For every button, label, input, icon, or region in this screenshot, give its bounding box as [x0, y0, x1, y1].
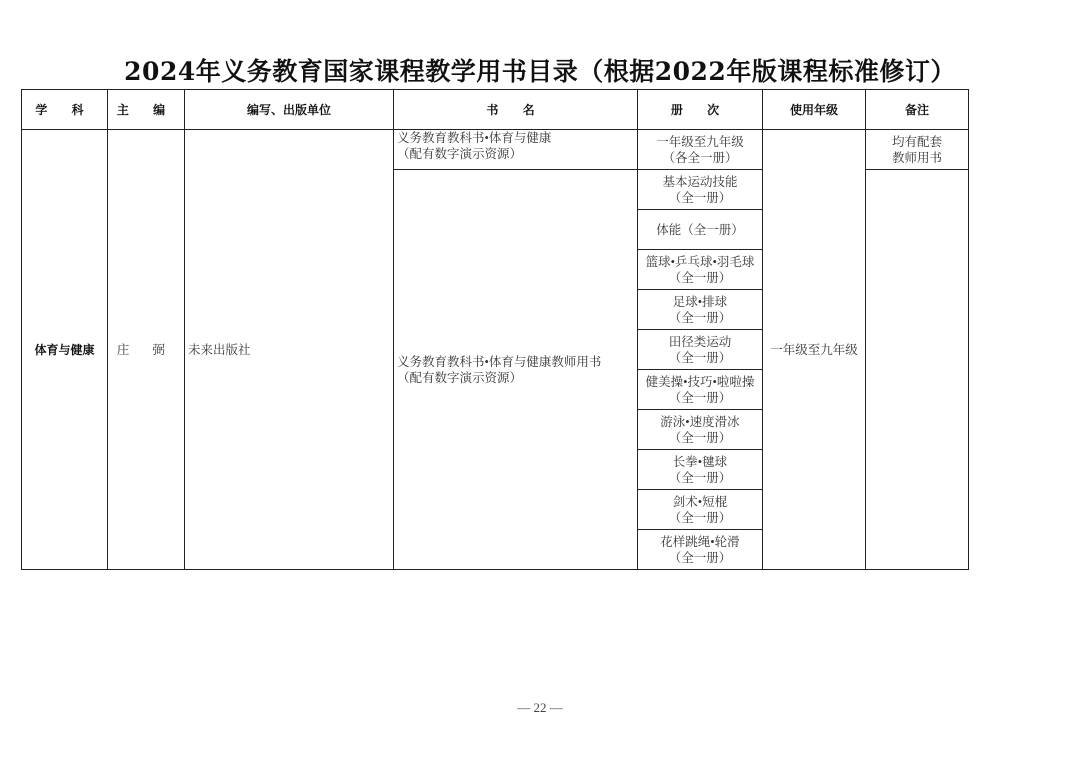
volume-line2: （全一册） — [638, 270, 762, 286]
volume-line2: （全一册） — [638, 470, 762, 486]
remarks-empty-cell — [866, 170, 969, 570]
volume-cell: 体能（全一册） — [638, 210, 763, 250]
volume-line1: 花样跳绳•轮滑 — [638, 534, 762, 550]
header-editor: 主 编 — [108, 90, 185, 130]
volume-line1: 长拳•毽球 — [638, 454, 762, 470]
book-title-line1: 义务教育教科书•体育与健康 — [397, 130, 637, 146]
grade-cell: 一年级至九年级 — [763, 130, 866, 570]
volume-cell: 基本运动技能 （全一册） — [638, 170, 763, 210]
remarks-line2: 教师用书 — [866, 150, 968, 166]
subject-cell: 体育与健康 — [22, 130, 108, 570]
header-subject: 学 科 — [22, 90, 108, 130]
document-title: 2024年义务教育国家课程教学用书目录（根据2022年版课程标准修订） — [0, 52, 1080, 88]
volume-line1: 体能（全一册） — [638, 222, 762, 238]
volume-line2: （全一册） — [638, 310, 762, 326]
header-publisher: 编写、出版单位 — [185, 90, 394, 130]
header-volume: 册 次 — [638, 90, 763, 130]
book-title-line2: （配有数字演示资源） — [397, 146, 637, 162]
page-number: — 22 — — [0, 700, 1080, 716]
volume-cell: 剑术•短棍 （全一册） — [638, 490, 763, 530]
volume-cell: 一年级至九年级 （各全一册） — [638, 130, 763, 170]
book-title-cell: 义务教育教科书•体育与健康 （配有数字演示资源） — [394, 130, 638, 170]
table-header-row: 学 科 主 编 编写、出版单位 书 名 册 次 使用年级 备注 — [22, 90, 969, 130]
volume-cell: 花样跳绳•轮滑 （全一册） — [638, 530, 763, 570]
volume-line2: （全一册） — [638, 430, 762, 446]
volume-line1: 田径类运动 — [638, 334, 762, 350]
volume-cell: 篮球•乒乓球•羽毛球 （全一册） — [638, 250, 763, 290]
header-remarks: 备注 — [866, 90, 969, 130]
volume-line1: 健美操•技巧•啦啦操 — [638, 374, 762, 390]
volume-line1: 基本运动技能 — [638, 174, 762, 190]
volume-line1: 一年级至九年级 — [638, 134, 762, 150]
remarks-cell: 均有配套 教师用书 — [866, 130, 969, 170]
volume-line1: 游泳•速度滑冰 — [638, 414, 762, 430]
volume-line1: 篮球•乒乓球•羽毛球 — [638, 254, 762, 270]
volume-cell: 田径类运动 （全一册） — [638, 330, 763, 370]
header-book-title: 书 名 — [394, 90, 638, 130]
volume-cell: 足球•排球 （全一册） — [638, 290, 763, 330]
teacher-book-title-line1: 义务教育教科书•体育与健康教师用书 — [397, 354, 637, 370]
remarks-line1: 均有配套 — [866, 134, 968, 150]
volume-cell: 健美操•技巧•啦啦操 （全一册） — [638, 370, 763, 410]
editor-cell: 庄 弼 — [108, 130, 185, 570]
table-row: 体育与健康 庄 弼 未来出版社 义务教育教科书•体育与健康 （配有数字演示资源）… — [22, 130, 969, 170]
volume-cell: 游泳•速度滑冰 （全一册） — [638, 410, 763, 450]
volume-line2: （全一册） — [638, 550, 762, 566]
volume-line2: （全一册） — [638, 350, 762, 366]
volume-line2: （各全一册） — [638, 150, 762, 166]
volume-line1: 足球•排球 — [638, 294, 762, 310]
publisher-name: 未来出版社 — [188, 343, 251, 357]
header-grade: 使用年级 — [763, 90, 866, 130]
textbook-catalog-table: 学 科 主 编 编写、出版单位 书 名 册 次 使用年级 备注 体育与健康 庄 … — [21, 89, 969, 570]
volume-line2: （全一册） — [638, 390, 762, 406]
volume-cell: 长拳•毽球 （全一册） — [638, 450, 763, 490]
volume-line2: （全一册） — [638, 510, 762, 526]
volume-line2: （全一册） — [638, 190, 762, 206]
publisher-cell: 未来出版社 — [185, 130, 394, 570]
teacher-book-title-line2: （配有数字演示资源） — [397, 370, 637, 386]
volume-line1: 剑术•短棍 — [638, 494, 762, 510]
teacher-book-title-cell: 义务教育教科书•体育与健康教师用书 （配有数字演示资源） — [394, 170, 638, 570]
